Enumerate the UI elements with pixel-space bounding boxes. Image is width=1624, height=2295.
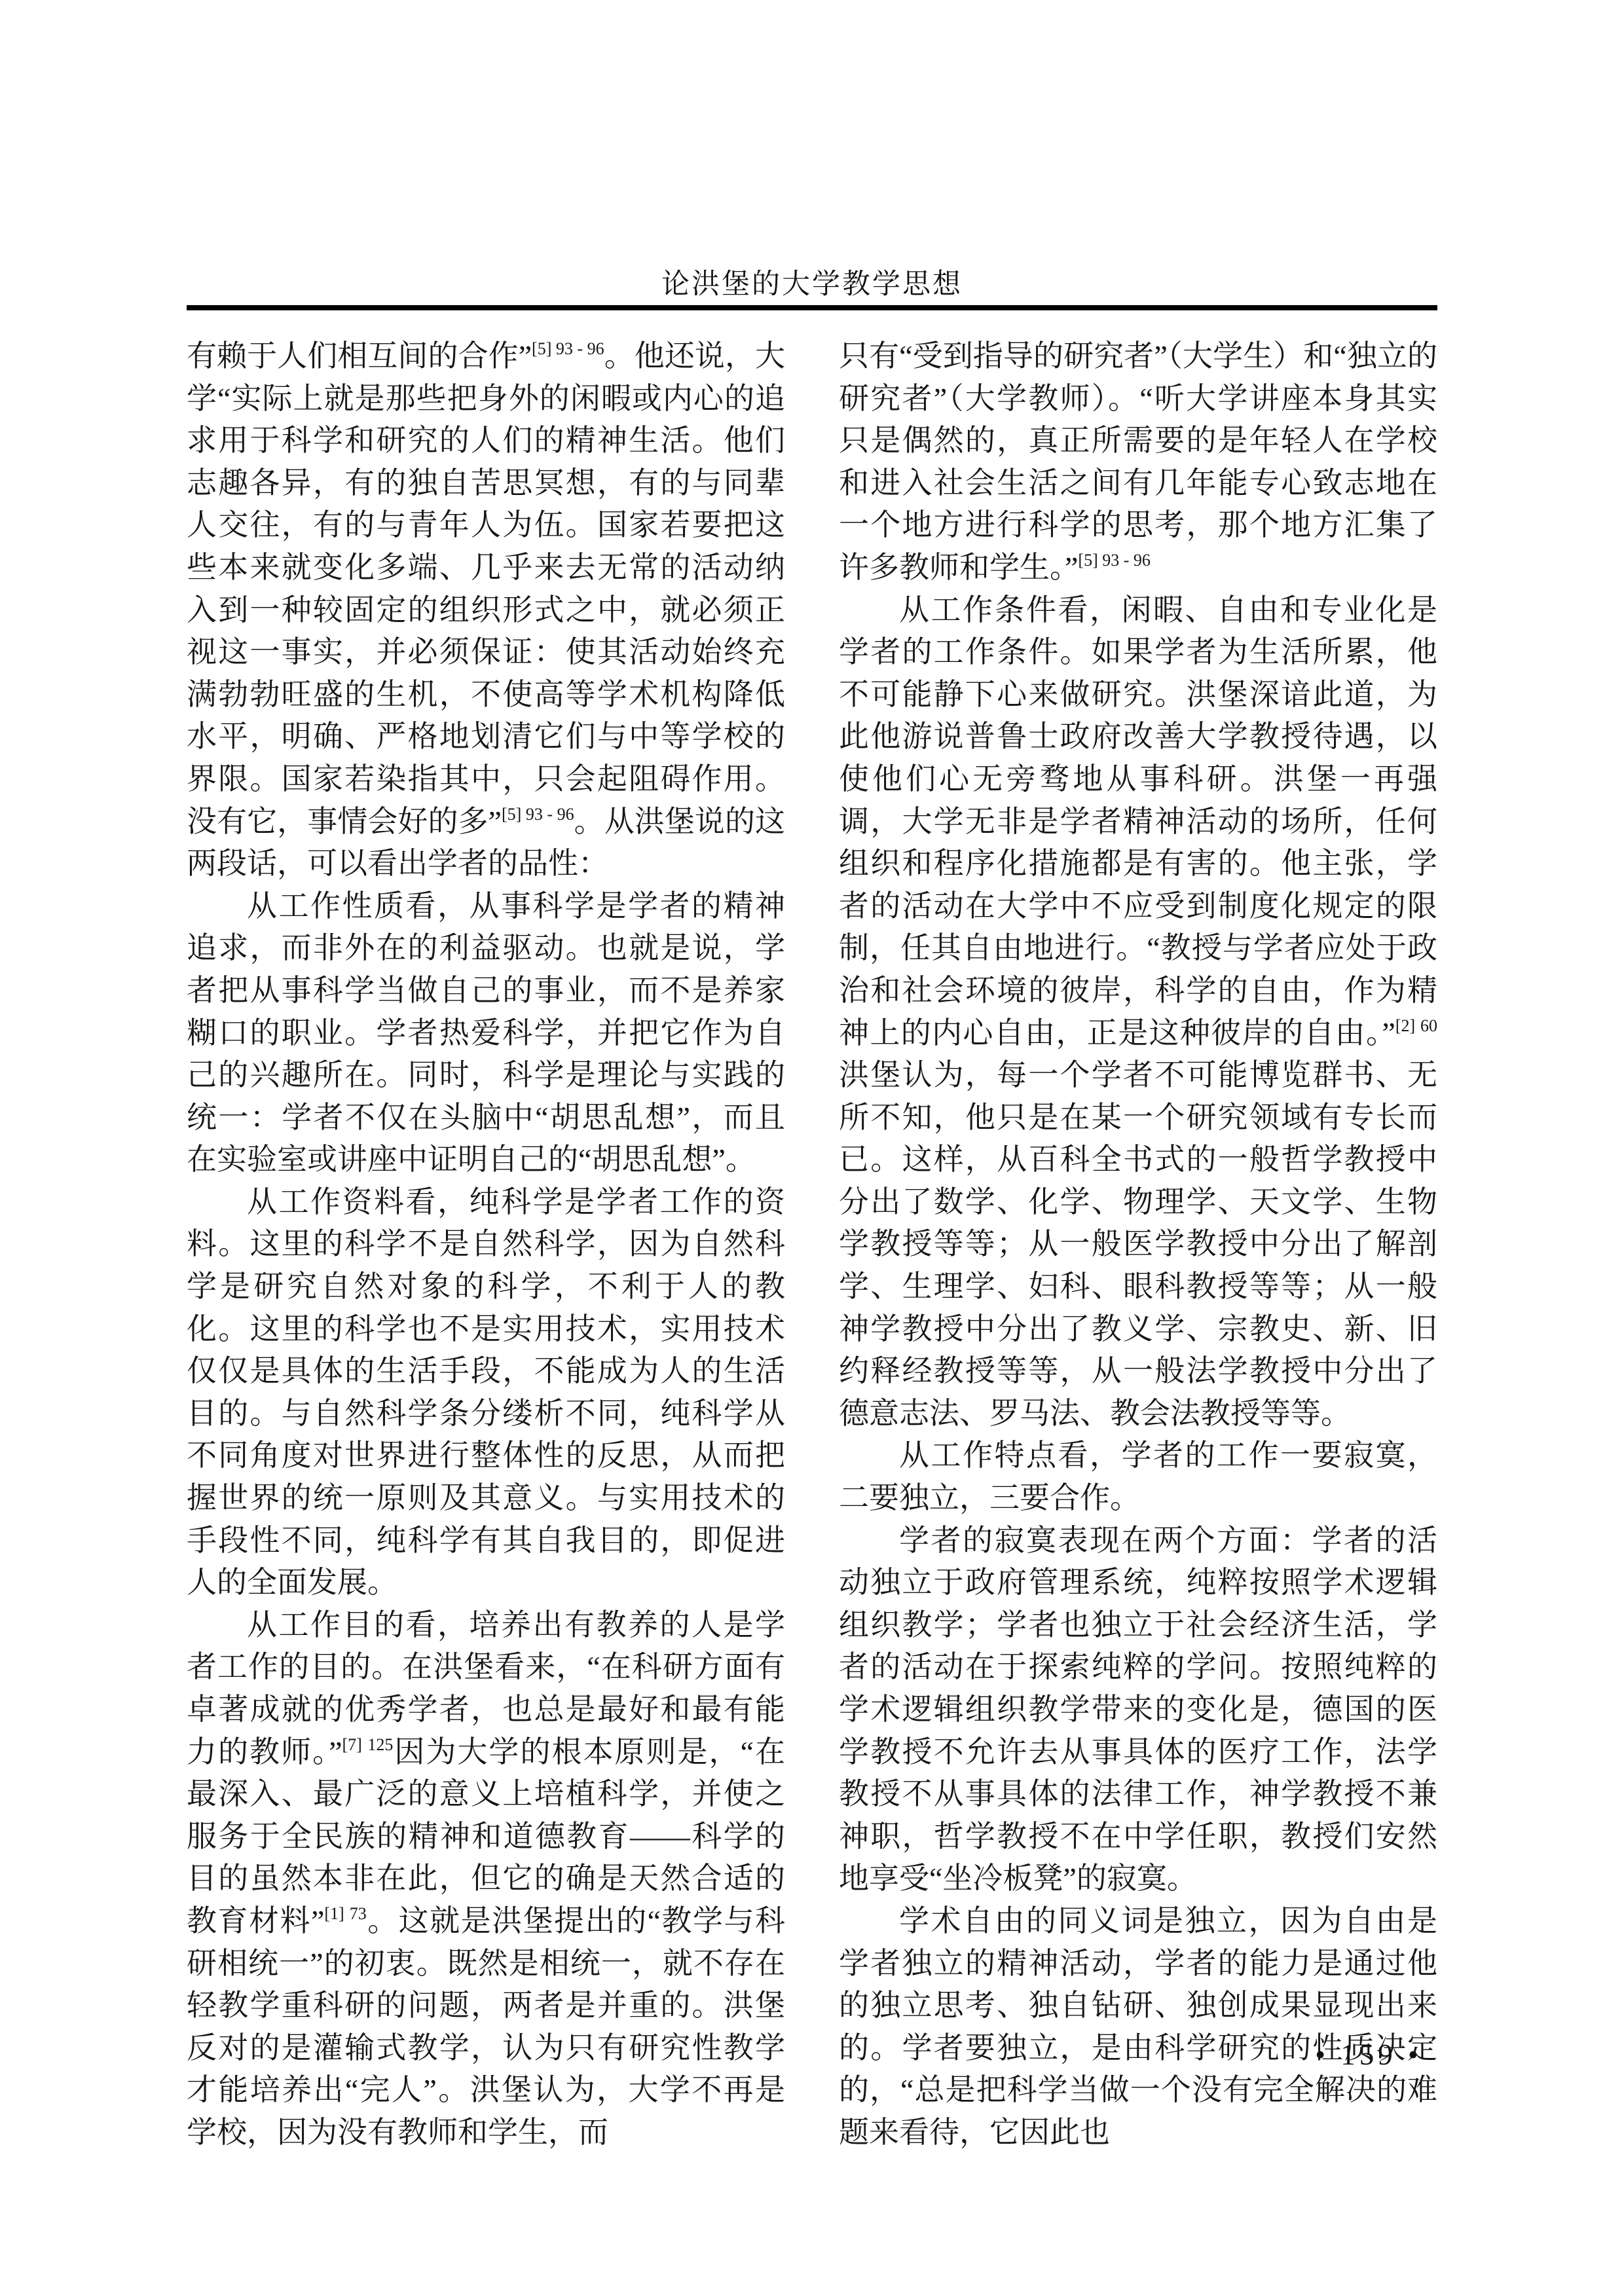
- paragraph: 从工作特点看，学者的工作一要寂寞，二要独立，三要合作。: [839, 1435, 1437, 1519]
- citation-superscript: [5] 93 - 96: [532, 339, 604, 358]
- paragraph: 学者的寂寞表现在两个方面：学者的活动独立于政府管理系统，纯粹按照学术逻辑组织教学…: [839, 1520, 1437, 1900]
- page-number: • 159 •: [1257, 2038, 1480, 2072]
- paragraph: 从工作条件看，闲暇、自由和专业化是学者的工作条件。如果学者为生活所累，他不可能静…: [839, 589, 1437, 1435]
- citation-superscript: [1] 73: [324, 1904, 366, 1923]
- paragraph: 只有“受到指导的研究者”（大学生）和“独立的研究者”（大学教师）。“听大学讲座本…: [839, 335, 1437, 589]
- citation-superscript: [5] 93 - 96: [1078, 551, 1150, 570]
- paragraph: 从工作性质看，从事科学是学者的精神追求，而非外在的利益驱动。也就是说，学者把从事…: [187, 885, 785, 1181]
- text-column-left: 有赖于人们相互间的合作”[5] 93 - 96。他还说，大学“实际上就是那些把身…: [187, 335, 785, 2154]
- two-column-body: 有赖于人们相互间的合作”[5] 93 - 96。他还说，大学“实际上就是那些把身…: [187, 335, 1437, 2154]
- citation-superscript: [5] 93 - 96: [502, 805, 574, 824]
- paragraph: 从工作资料看，纯科学是学者工作的资料。这里的科学不是自然科学，因为自然科学是研究…: [187, 1181, 785, 1604]
- header-rule: [187, 305, 1437, 310]
- citation-superscript: [7] 125: [342, 1735, 394, 1754]
- paragraph: 从工作目的看，培养出有教养的人是学者工作的目的。在洪堡看来，“在科研方面有卓著成…: [187, 1604, 785, 2154]
- paragraph: 学术自由的同义词是独立，因为自由是学者独立的精神活动，学者的能力是通过他的独立思…: [839, 1900, 1437, 2154]
- running-head-title: 论洪堡的大学教学思想: [0, 262, 1624, 302]
- citation-superscript: [2] 60: [1395, 1016, 1437, 1035]
- scanned-paper-page: 论洪堡的大学教学思想 有赖于人们相互间的合作”[5] 93 - 96。他还说，大…: [0, 0, 1624, 2295]
- text-column-right: 只有“受到指导的研究者”（大学生）和“独立的研究者”（大学教师）。“听大学讲座本…: [839, 335, 1437, 2154]
- paragraph: 有赖于人们相互间的合作”[5] 93 - 96。他还说，大学“实际上就是那些把身…: [187, 335, 785, 885]
